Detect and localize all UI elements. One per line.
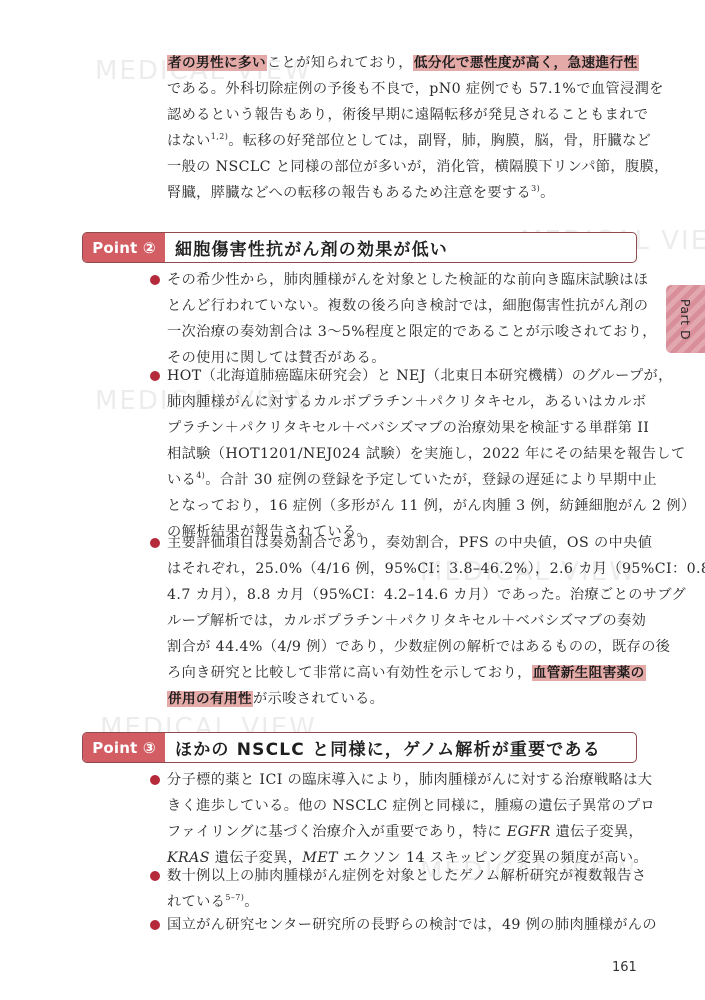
paragraph-line: 認めるという報告もあり，術後早期に遠隔転移が発見されることもまれで — [167, 102, 639, 128]
paragraph-line: 者の男性に多いことが知られており，低分化で悪性度が高く，急速進行性 — [167, 50, 639, 76]
bullet-icon — [150, 920, 160, 930]
bullet-icon — [150, 871, 160, 881]
page-number: 161 — [612, 960, 637, 975]
gene-name: EGFR — [507, 824, 551, 840]
point-2-header: Point ② 細胞傷害性抗がん剤の効果が低い — [82, 232, 637, 263]
paragraph-line: 一般の NSCLC と同様の部位が多いが，消化管，横隔膜下リンパ節，腹膜， — [167, 154, 639, 180]
highlight-text: 併用の有用性 — [167, 691, 253, 707]
citation-ref: 1,2) — [211, 132, 228, 141]
paragraph-line: 腎臓，膵臓などへの転移の報告もあるため注意を要する3)。 — [167, 180, 639, 206]
bullet-icon — [150, 775, 160, 785]
point-badge: Point ③ — [83, 733, 165, 762]
document-page: MEDICAL VIEW MEDICAL VIEW MEDICAL VIEW M… — [0, 0, 705, 1000]
part-d-tab: Part D — [666, 285, 705, 353]
point-title: ほかの NSCLC と同様に，ゲノム解析が重要である — [165, 733, 601, 762]
side-tab-label: Part D — [678, 298, 693, 339]
intro-paragraph: 者の男性に多いことが知られており，低分化で悪性度が高く，急速進行性 である。外科… — [167, 50, 639, 206]
citation-ref: 5–7) — [225, 893, 244, 902]
point-badge: Point ② — [83, 233, 165, 262]
highlight-text: 血管新生阻害薬の — [532, 665, 646, 681]
citation-ref: 4) — [196, 471, 205, 480]
point-3-header: Point ③ ほかの NSCLC と同様に，ゲノム解析が重要である — [82, 732, 637, 763]
paragraph-line: である。外科切除症例の予後も不良で，pN0 症例でも 57.1%で血管浸潤を — [167, 76, 639, 102]
point-title: 細胞傷害性抗がん剤の効果が低い — [165, 233, 448, 262]
highlight-text: 低分化で悪性度が高く，急速進行性 — [413, 55, 639, 71]
paragraph-line: はない1,2)。転移の好発部位としては，副腎，肺，胸膜，脳，骨，肝臓など — [167, 128, 639, 154]
bullet-icon — [150, 538, 160, 548]
highlight-text: 者の男性に多い — [167, 55, 267, 71]
bullet-icon — [150, 371, 160, 381]
bullet-icon — [150, 275, 160, 285]
citation-ref: 3) — [531, 184, 540, 193]
